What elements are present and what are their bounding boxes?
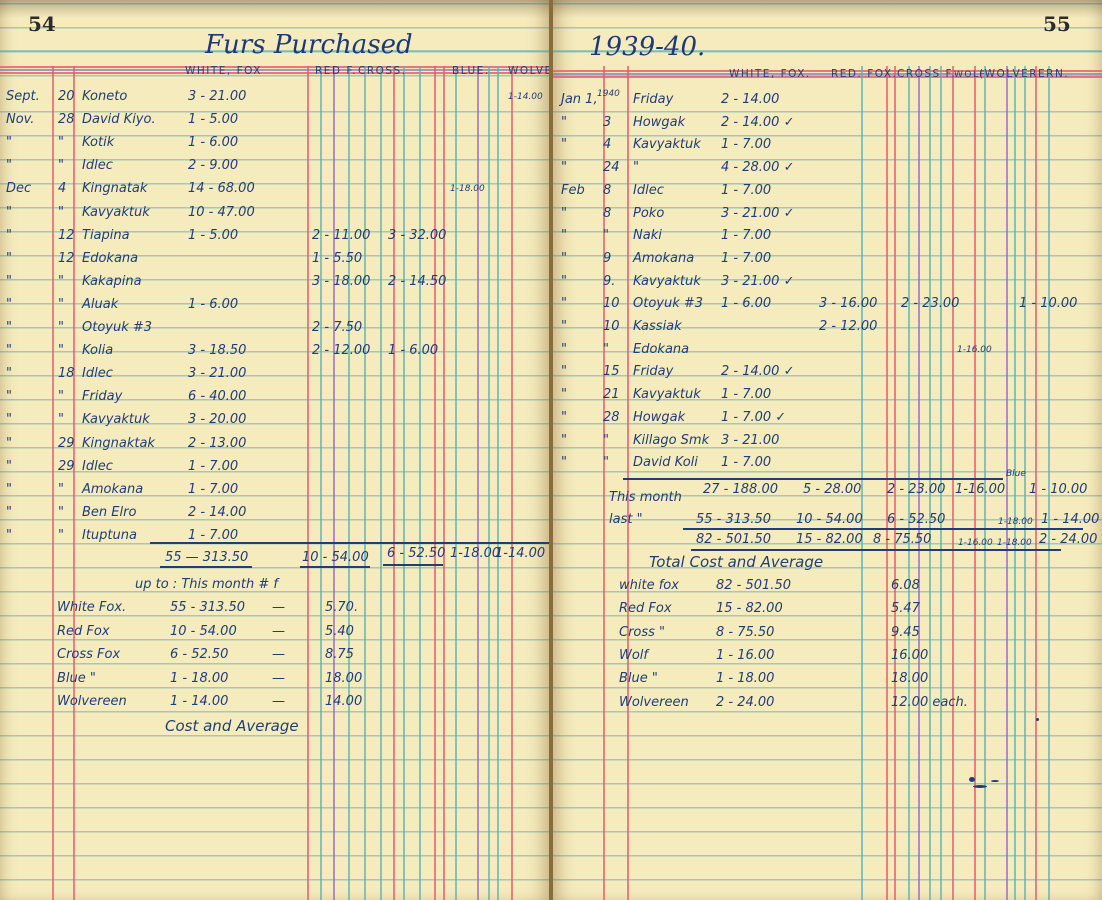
entry-day: " [58,412,64,428]
summary-fur: Wolvereen [619,695,689,711]
entry-day: 8 [603,183,611,199]
entry-white-fox: 1 - 7.00 [721,387,771,403]
col-header-blue: BLUE. [452,63,490,79]
summary-fur: Red Fox [57,624,110,640]
entry-month: " [561,251,567,267]
entry-month: " [6,343,12,359]
summary-count-cost: 1 - 18.00 [170,671,228,687]
entry-name: " [633,160,639,176]
entry-name: David Kiyo. [82,112,156,128]
entry-white-fox: 1 - 7.00 [188,459,238,475]
left-total-blue: 1-18.00 [450,546,500,562]
ledger-season: 1939-40. [589,32,705,62]
summary-fur: Wolvereen [57,694,127,710]
col-header-wolverine-r: (WOLVERERN. [979,66,1069,82]
entry-white-fox: 1 - 6.00 [188,135,238,151]
entry-month: " [6,505,12,521]
entry-day: 3 [603,115,611,131]
summary-count-cost: 1 - 18.00 [716,671,774,687]
summary-average: 5.40 [325,624,354,640]
entry-white-fox: 2 - 9.00 [188,158,238,174]
summary-fur: white fox [619,578,679,594]
entry-day: " [603,455,609,471]
right-summary-heading: Total Cost and Average [649,554,823,570]
summary-fur: Red Fox [619,601,672,617]
entry-name: Friday [82,389,122,405]
summary-count-cost: 2 - 24.00 [716,695,774,711]
entry-white-fox: 2 - 14.00 ✓ [721,115,794,131]
entry-day: " [58,205,64,221]
entry-month: " [561,296,567,312]
grand-total-white-fox: 82 - 501.50 [696,532,771,548]
entry-white-fox: 1 - 7.00 [721,455,771,471]
entry-name: Kingnatak [82,181,147,197]
entry-day: " [603,342,609,358]
entry-white-fox: 2 - 14.00 ✓ [721,364,794,380]
page-number-left: 54 [28,12,56,36]
entry-white-fox: 1 - 5.00 [188,112,238,128]
entry-month: " [561,274,567,290]
entry-month: " [6,482,12,498]
entry-name: Aluak [82,297,118,313]
entry-white-fox: 14 - 68.00 [188,181,255,197]
entry-day: " [58,482,64,498]
entry-blue: 1-18.00 [450,181,485,197]
entry-month: " [561,455,567,471]
entry-white-fox: 3 - 21.00 [188,89,246,105]
entry-month: " [6,135,12,151]
entry-day: " [58,274,64,290]
entry-name: Kavyaktuk [82,205,150,221]
entry-day: 10 [603,319,620,335]
entry-day: " [58,320,64,336]
entry-red-fox: 2 - 7.50 [312,320,362,336]
summary-average: 8.75 [325,647,354,663]
entry-name: Amokana [82,482,143,498]
summary-average: 5.47 [891,601,920,617]
left-summary-footer: Cost and Average [165,718,299,734]
entry-white-fox: 1 - 7.00 [188,482,238,498]
entry-name: Idlec [82,158,113,174]
entry-name: Howgak [633,115,685,131]
entry-month: Jan 1, [561,92,598,108]
this-month-red-fox: 5 - 28.00 [803,482,861,498]
summary-dash: — [272,671,285,687]
entry-white-fox: 1 - 6.00 [721,296,771,312]
col-header-white-fox-r: WHITE, FOX. [729,66,811,82]
entry-month: " [6,366,12,382]
entry-white-fox: 3 - 18.50 [188,343,246,359]
year-note: 1940 [597,86,620,102]
entry-month: " [561,115,567,131]
left-total-wolverine: 1-14.00 [495,546,545,562]
book-gutter [549,0,553,900]
entry-white-fox: 1 - 6.00 [188,297,238,313]
summary-average: 18.00 [325,671,362,687]
entry-white-fox: 1 - 7.00 [721,228,771,244]
summary-count-cost: 82 - 501.50 [716,578,791,594]
entry-month: " [6,158,12,174]
entry-name: Edokana [633,342,689,358]
entry-month: " [6,320,12,336]
entry-day: 9. [603,274,615,290]
ledger-spread: 54 Furs Purchased WHITE, FOX RED F. CROS… [0,0,1102,900]
summary-count-cost: 1 - 14.00 [170,694,228,710]
summary-count-cost: 8 - 75.50 [716,625,774,641]
entry-name: Otoyuk #3 [633,296,703,312]
col-header-cross-r: CROSS F. [897,66,956,82]
entry-name: Idlec [82,459,113,475]
entry-month: " [6,205,12,221]
entry-red-fox: 2 - 12.00 [312,343,370,359]
entry-name: Friday [633,92,673,108]
entry-day: " [603,228,609,244]
entry-white-fox: 1 - 7.00 [721,137,771,153]
summary-count-cost: 6 - 52.50 [170,647,228,663]
entry-name: Idlec [82,366,113,382]
entry-name: Kolia [82,343,113,359]
entry-month: Nov. [6,112,34,128]
entry-month: " [561,342,567,358]
entry-month: " [6,251,12,267]
entry-name: Kingnaktak [82,436,155,452]
entry-name: Kakapina [82,274,142,290]
entry-month: " [6,528,12,544]
entry-day: " [58,389,64,405]
entry-month: Sept. [6,89,40,105]
entry-name: David Koli [633,455,698,471]
entry-white-fox: 3 - 21.00 ✓ [721,274,794,290]
entry-name: Idlec [633,183,664,199]
entry-red-fox: 3 - 18.00 [312,274,370,290]
entry-cross: 2 - 14.50 [388,274,446,290]
entry-wolverine: 1-14.00 [508,89,543,105]
entry-white-fox: 3 - 21.00 ✓ [721,206,794,222]
entry-day: 15 [603,364,620,380]
entry-month: " [561,387,567,403]
page-number-right: 55 [1043,12,1071,36]
entry-day: 29 [58,436,75,452]
entry-day: 8 [603,206,611,222]
entry-month: Dec [6,181,31,197]
entry-day: 10 [603,296,620,312]
entry-cross: 2 - 23.00 [901,296,959,312]
entry-name: Howgak [633,410,685,426]
this-month-cross: 2 - 23.00 [887,482,945,498]
entry-day: 4 [58,181,66,197]
summary-fur: Blue " [57,671,96,687]
entry-day: " [58,505,64,521]
entry-day: " [58,297,64,313]
this-month-wolf: 1-16.00 [955,482,1005,498]
entry-red-fox: 2 - 11.00 [312,228,370,244]
entry-name: Poko [633,206,664,222]
entry-month: Feb [561,183,585,199]
summary-average: 12.00 each. [891,695,968,711]
grand-total-cross: 8 - 75.50 [873,532,931,548]
summary-average: 6.08 [891,578,920,594]
entry-white-fox: 3 - 21.00 [188,366,246,382]
summary-fur: Wolf [619,648,648,664]
entry-white-fox: 4 - 28.00 ✓ [721,160,794,176]
col-header-cross: CROSS. [358,63,407,79]
summary-average: 9.45 [891,625,920,641]
summary-dash: — [272,624,285,640]
entry-red-fox: 3 - 16.00 [819,296,877,312]
summary-dash: — [272,694,285,710]
last-cross: 6 - 52.50 [887,512,945,528]
grand-total-red-fox: 15 - 82.00 [796,532,863,548]
entry-month: " [561,410,567,426]
entry-white-fox: 6 - 40.00 [188,389,246,405]
entry-month: " [561,228,567,244]
summary-count-cost: 55 - 313.50 [170,600,245,616]
summary-dash: — [272,647,285,663]
right-page: 55 1939-40. WHITE, FOX. RED. FOX. CROSS … [551,0,1102,900]
col-header-wolverine: WOLVER. [508,63,551,79]
entry-day: 4 [603,137,611,153]
entry-day: " [58,343,64,359]
entry-month: " [6,436,12,452]
entry-cross: 1 - 6.00 [388,343,438,359]
entry-name: Ben Elro [82,505,136,521]
entry-name: Kotik [82,135,114,151]
entry-month: " [561,433,567,449]
entry-day: " [58,528,64,544]
entry-day: 12 [58,251,75,267]
summary-average: 18.00 [891,671,928,687]
entry-name: Kavyaktuk [633,137,701,153]
entry-month: " [6,228,12,244]
last-white-fox: 55 - 313.50 [696,512,771,528]
entry-white-fox: 1 - 7.00 [721,251,771,267]
entry-day: 9 [603,251,611,267]
entry-day: 20 [58,89,75,105]
this-month-label: This month [609,490,682,506]
entry-name: Amokana [633,251,694,267]
entry-name: Killago Smk [633,433,709,449]
summary-count-cost: 1 - 16.00 [716,648,774,664]
entry-white-fox: 2 - 14.00 [721,92,779,108]
summary-average: 5.70. [325,600,358,616]
entry-day: 18 [58,366,75,382]
left-summary-heading: up to : This month # f [135,577,278,593]
entry-wolf: 1-16.00 [957,342,992,358]
entry-name: Kavyaktuk [633,387,701,403]
entry-month: " [6,297,12,313]
summary-count-cost: 15 - 82.00 [716,601,783,617]
entry-name: Edokana [82,251,138,267]
entry-name: Naki [633,228,662,244]
ledger-title: Furs Purchased [205,30,413,60]
entry-month: " [561,364,567,380]
summary-average: 16.00 [891,648,928,664]
entry-red-fox: 2 - 12.00 [819,319,877,335]
last-red-fox: 10 - 54.00 [796,512,863,528]
left-page: 54 Furs Purchased WHITE, FOX RED F. CROS… [0,0,551,900]
entry-white-fox: 3 - 20.00 [188,412,246,428]
entry-day: " [58,135,64,151]
entry-name: Kavyaktuk [82,412,150,428]
entry-white-fox: 1 - 7.00 ✓ [721,410,786,426]
entry-day: " [58,158,64,174]
entry-name: Kavyaktuk [633,274,701,290]
this-month-white-fox: 27 - 188.00 [703,482,778,498]
entry-cross: 3 - 32.00 [388,228,446,244]
summary-count-cost: 10 - 54.00 [170,624,237,640]
entry-white-fox: 2 - 14.00 [188,505,246,521]
entry-month: " [561,206,567,222]
entry-name: Otoyuk #3 [82,320,152,336]
entry-month: " [6,412,12,428]
entry-name: Tiapina [82,228,130,244]
entry-month: " [561,319,567,335]
summary-fur: Cross " [619,625,665,641]
summary-average: 14.00 [325,694,362,710]
entry-month: " [561,160,567,176]
entry-day: 12 [58,228,75,244]
entry-name: Friday [633,364,673,380]
col-header-red-fox: RED F. [315,63,357,79]
grand-total-wolverine: 2 - 24.00 [1039,532,1097,548]
entry-day: " [603,433,609,449]
last-label: last " [609,512,643,528]
entry-day: 21 [603,387,620,403]
entry-white-fox: 2 - 13.00 [188,436,246,452]
entry-day: 24 [603,160,620,176]
entry-wolverine: 1 - 10.00 [1019,296,1077,312]
entry-white-fox: 3 - 21.00 [721,433,779,449]
entry-name: Kassiak [633,319,682,335]
last-wolverine: 1 - 14.00 [1041,512,1099,528]
col-header-red-fox-r: RED. FOX. [831,66,897,82]
entry-month: " [6,459,12,475]
left-total-red-fox: 10 - 54.00 [302,550,369,566]
summary-fur: White Fox. [57,600,126,616]
entry-white-fox: 1 - 5.00 [188,228,238,244]
col-header-white-fox: WHITE, FOX [185,63,262,79]
left-total-cross: 6 - 52.50 [387,546,445,562]
entry-white-fox: 10 - 47.00 [188,205,255,221]
entry-day: 28 [603,410,620,426]
entry-name: Koneto [82,89,127,105]
entry-month: " [561,137,567,153]
summary-dash: — [272,600,285,616]
entry-name: Ituptuna [82,528,137,544]
summary-fur: Blue " [619,671,658,687]
entry-day: 29 [58,459,75,475]
blue-note: Blue [1006,466,1026,482]
entry-month: " [6,274,12,290]
this-month-wolverine: 1 - 10.00 [1029,482,1087,498]
entry-month: " [6,389,12,405]
left-total-white-fox: 55 — 313.50 [165,550,248,566]
entry-day: 28 [58,112,75,128]
entry-red-fox: 1 - 5.50 [312,251,362,267]
summary-fur: Cross Fox [57,647,120,663]
entry-white-fox: 1 - 7.00 [721,183,771,199]
